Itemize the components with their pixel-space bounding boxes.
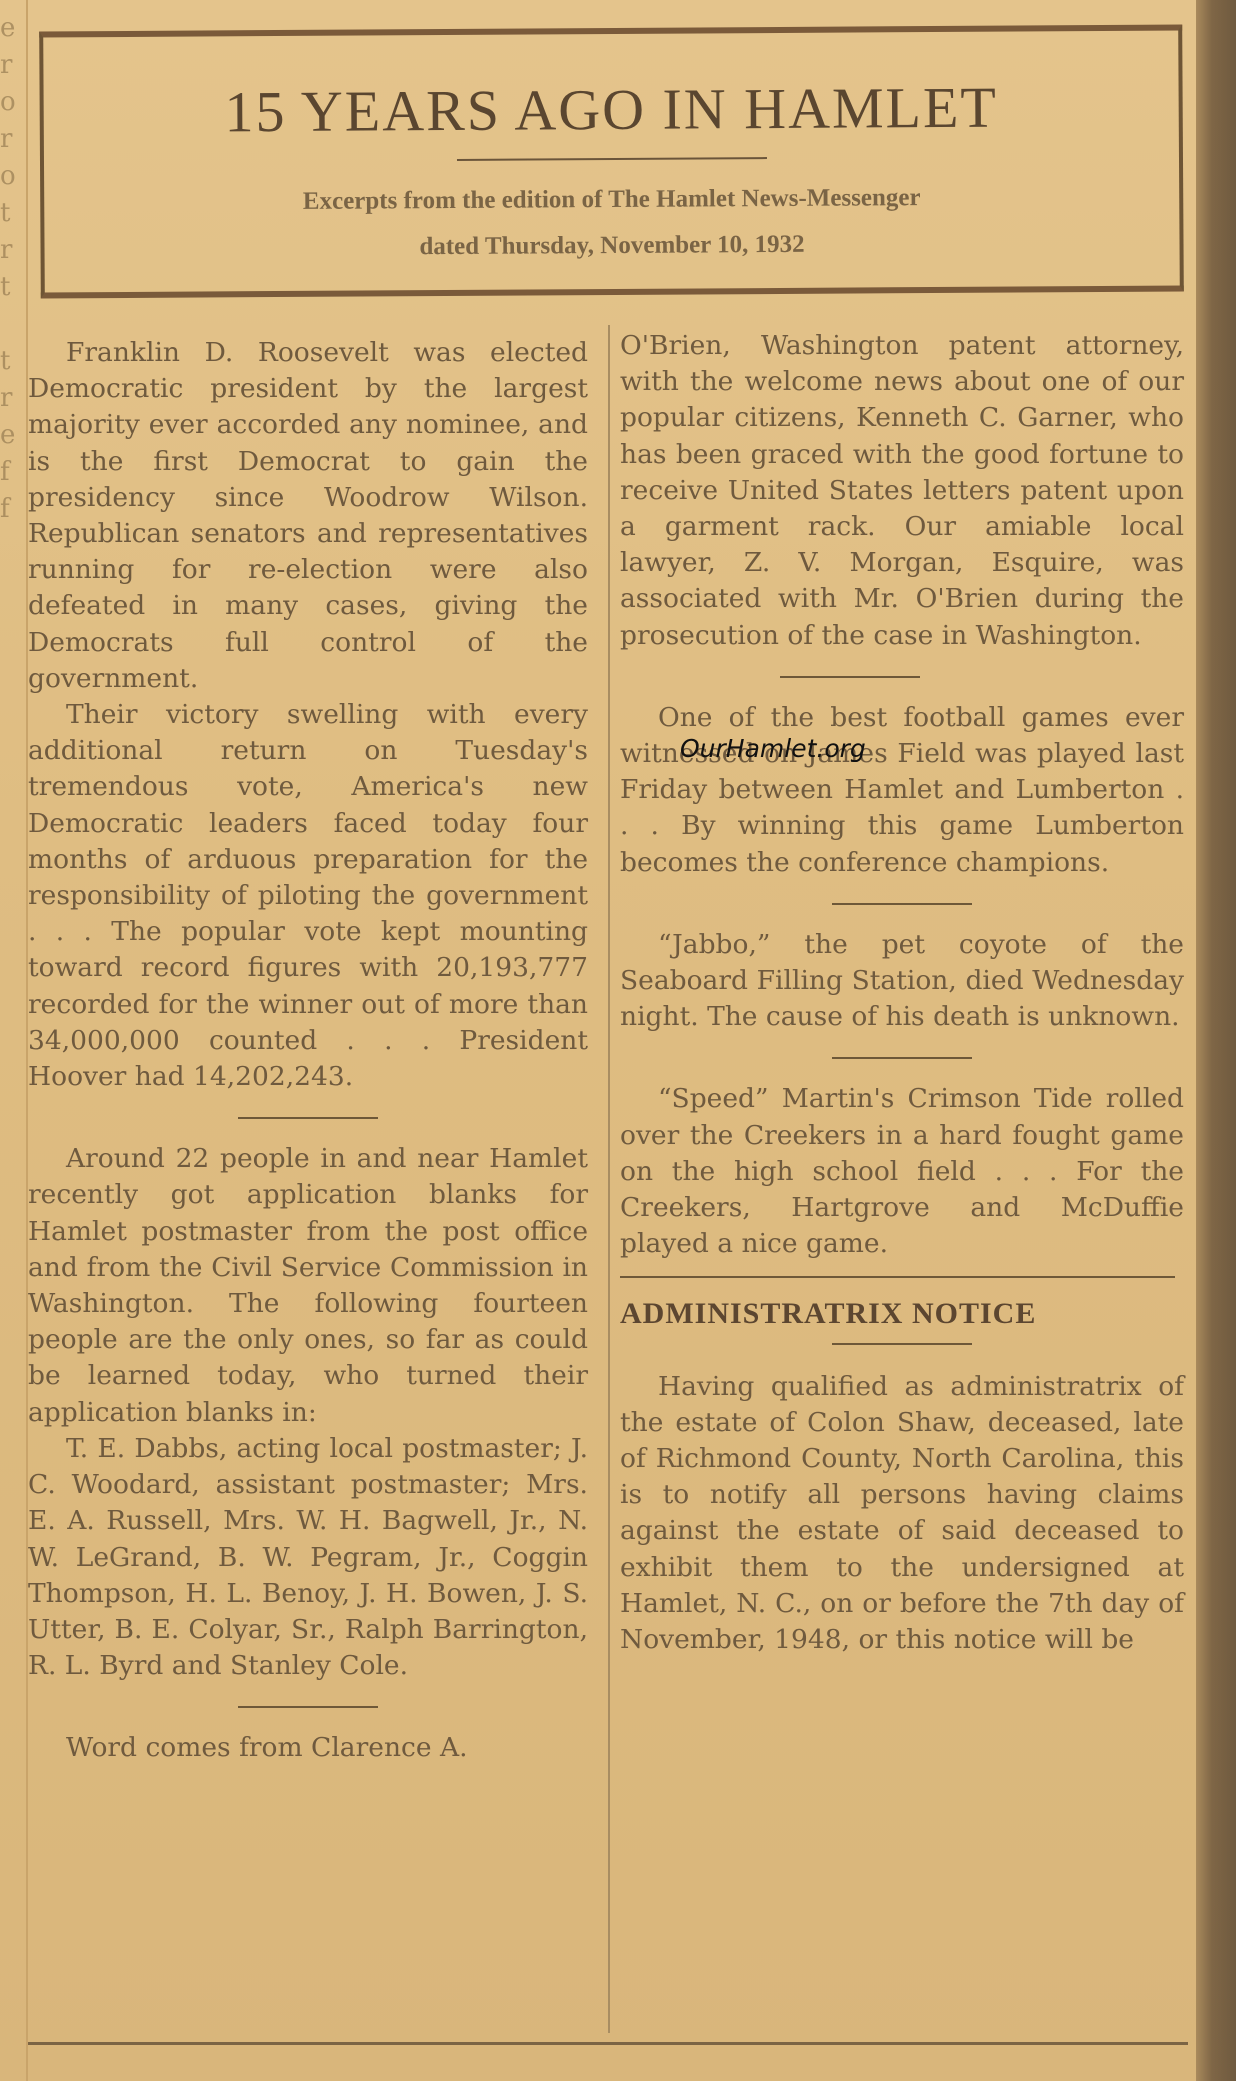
article-coyote: “Jabbo,” the pet coyote of the Seaboard … (620, 927, 1184, 1036)
section-divider (238, 1706, 378, 1708)
header-rule (456, 157, 766, 161)
header-date: dated Thursday, November 10, 1932 (44, 229, 1179, 264)
bottom-rule (28, 2042, 1188, 2045)
header-subtitle: Excerpts from the edition of The Hamlet … (44, 183, 1179, 218)
article-election-p2: Their victory swelling with every additi… (28, 697, 588, 1095)
notice-body: Having qualified as administratrix of th… (620, 1369, 1184, 1659)
article-patent-cont: O'Brien, Washington patent attorney, wit… (620, 328, 1184, 654)
watermark: OurHamlet.org (680, 734, 866, 763)
right-column: O'Brien, Washington patent attorney, wit… (620, 328, 1184, 1658)
notice-divider (620, 1276, 1175, 1278)
section-divider (780, 676, 920, 678)
notice-heading: ADMINISTRATRIX NOTICE (620, 1296, 1184, 1332)
header-box: 15 YEARS AGO IN HAMLET Excerpts from the… (39, 25, 1184, 299)
article-postmaster-p2: T. E. Dabbs, acting local postmaster; J.… (28, 1431, 588, 1684)
page-edge-shadow (1196, 0, 1236, 2081)
adjacent-column-fragment: e r o r o t r t t r e f f (0, 10, 22, 528)
article-patent-start: Word comes from Clarence A. (28, 1730, 588, 1766)
article-postmaster-p1: Around 22 people in and near Hamlet rece… (28, 1141, 588, 1431)
section-divider (832, 903, 972, 905)
notice-rule (832, 1343, 972, 1345)
article-election-p1: Franklin D. Roosevelt was elected Democr… (28, 335, 588, 697)
article-crimson-tide: “Speed” Martin's Crimson Tide rolled ove… (620, 1081, 1184, 1262)
column-divider (608, 325, 610, 2033)
left-column: Franklin D. Roosevelt was elected Democr… (28, 335, 588, 1767)
page-title: 15 YEARS AGO IN HAMLET (43, 73, 1178, 147)
section-divider (238, 1117, 378, 1119)
section-divider (832, 1057, 972, 1059)
article-football: One of the best football games ever witn… (620, 700, 1184, 881)
